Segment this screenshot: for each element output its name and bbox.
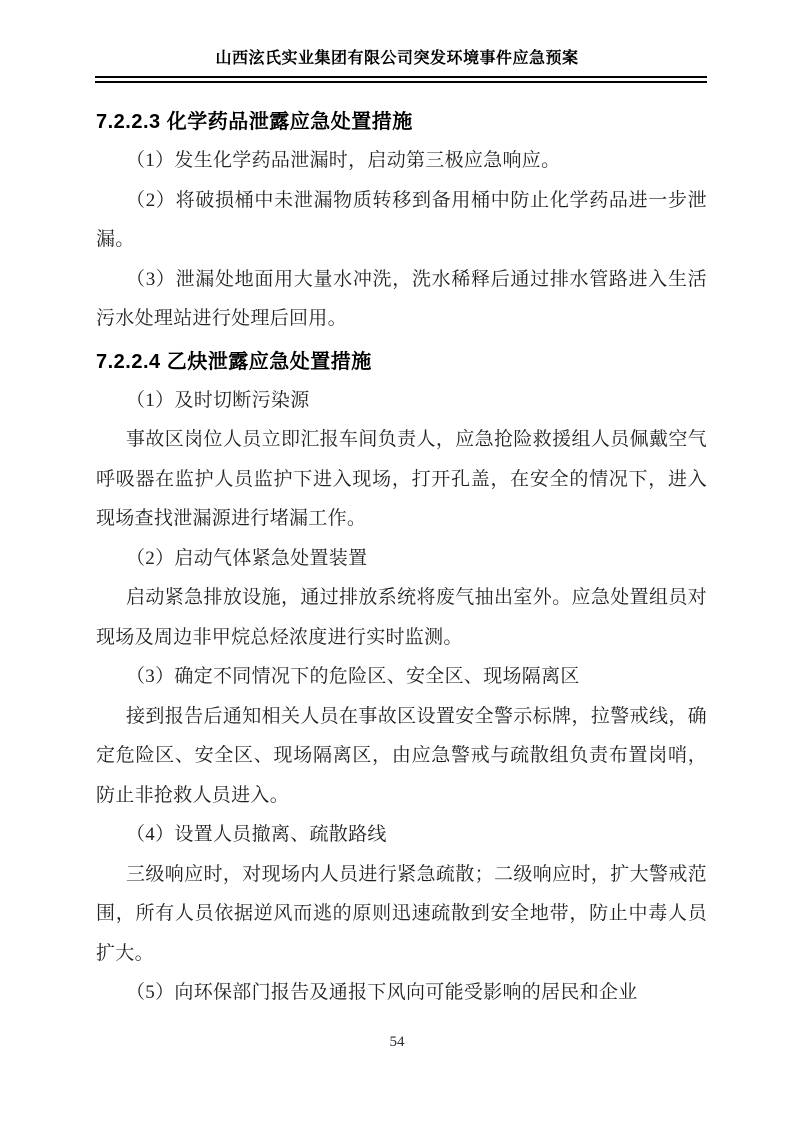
paragraph: 启动紧急排放设施，通过排放系统将废气抽出室外。应急处置组员对现场及周边非甲烷总烃… bbox=[96, 578, 707, 657]
paragraph: 接到报告后通知相关人员在事故区设置安全警示标牌，拉警戒线，确定危险区、安全区、现… bbox=[96, 697, 707, 816]
section-heading-7223: 7.2.2.3 化学药品泄露应急处置措施 bbox=[96, 109, 707, 135]
page-number: 54 bbox=[390, 1034, 405, 1050]
list-item: （3）泄漏处地面用大量水冲洗，洗水稀释后通过排水管路进入生活污水处理站进行处理后… bbox=[96, 260, 707, 339]
header-double-rule bbox=[95, 76, 707, 83]
list-item: （2）启动气体紧急处置装置 bbox=[96, 539, 707, 579]
paragraph: 事故区岗位人员立即汇报车间负责人，应急抢险救援组人员佩戴空气呼吸器在监护人员监护… bbox=[96, 420, 707, 539]
list-item: （1）发生化学药品泄漏时，启动第三极应急响应。 bbox=[96, 141, 707, 181]
list-item: （4）设置人员撤离、疏散路线 bbox=[96, 815, 707, 855]
section-heading-7224: 7.2.2.4 乙炔泄露应急处置措施 bbox=[96, 349, 707, 375]
document-title: 山西泫氏实业集团有限公司突发环境事件应急预案 bbox=[0, 48, 794, 70]
document-page: 山西泫氏实业集团有限公司突发环境事件应急预案 7.2.2.3 化学药品泄露应急处… bbox=[0, 0, 794, 1123]
page-header: 山西泫氏实业集团有限公司突发环境事件应急预案 bbox=[0, 0, 794, 83]
list-item: （5）向环保部门报告及通报下风向可能受影响的居民和企业 bbox=[96, 973, 707, 1013]
page-footer: 54 bbox=[0, 1032, 794, 1052]
list-item: （3）确定不同情况下的危险区、安全区、现场隔离区 bbox=[96, 657, 707, 697]
paragraph: 三级响应时，对现场内人员进行紧急疏散；二级响应时，扩大警戒范围，所有人员依据逆风… bbox=[96, 855, 707, 974]
list-item: （1）及时切断污染源 bbox=[96, 381, 707, 421]
document-body: 7.2.2.3 化学药品泄露应急处置措施 （1）发生化学药品泄漏时，启动第三极应… bbox=[96, 83, 707, 1013]
list-item: （2）将破损桶中未泄漏物质转移到备用桶中防止化学药品进一步泄漏。 bbox=[96, 181, 707, 260]
